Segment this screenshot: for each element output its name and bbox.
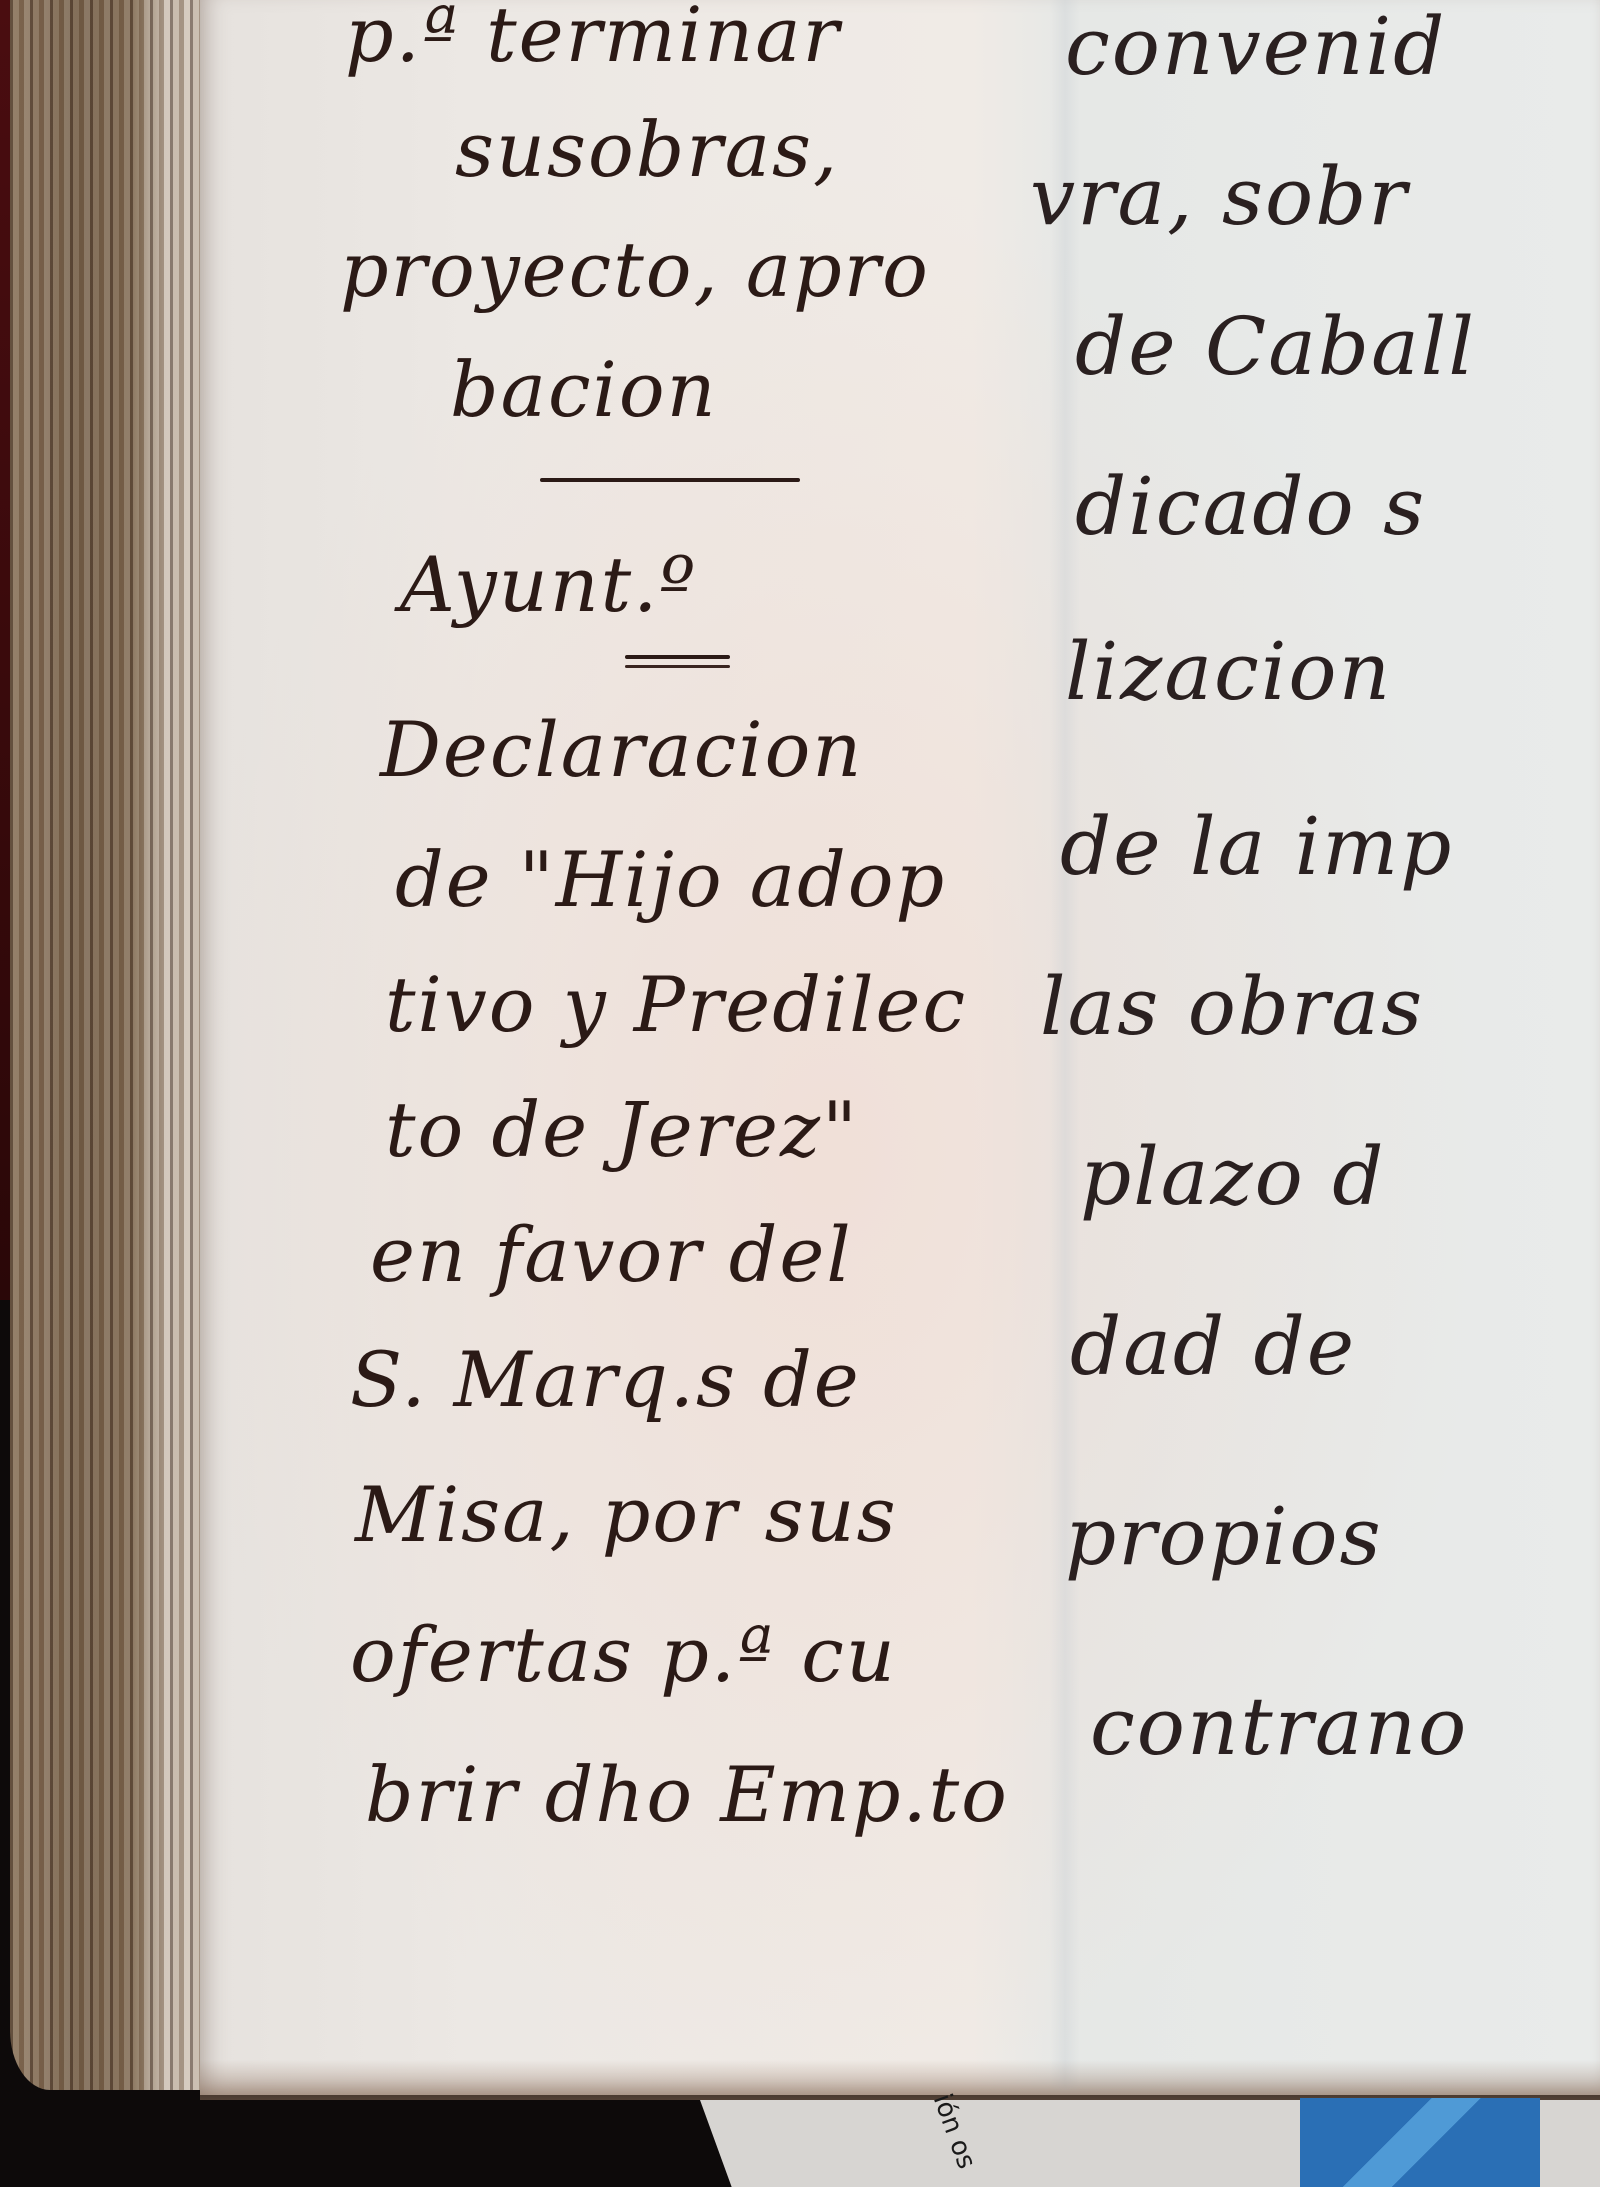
margin-note-line: en favor del: [370, 1210, 853, 1299]
main-text-line: de Caball: [1075, 300, 1476, 393]
main-text-line: plazo d: [1080, 1130, 1385, 1223]
book-page-edges: [10, 0, 230, 2090]
margin-note-line: tivo y Predilec: [385, 960, 967, 1049]
main-text-line: las obras: [1040, 960, 1424, 1053]
page-bottom-edge: [200, 2060, 1600, 2100]
margin-note-line: brir dho Emp.to: [365, 1750, 1009, 1839]
main-text-line: vra, sobr: [1030, 150, 1409, 243]
main-text-line: contrano: [1090, 1680, 1468, 1773]
margin-note-line: Declaracion: [380, 705, 863, 794]
background-blue-label: [1300, 2098, 1540, 2187]
margin-note-line: de "Hijo adop: [395, 835, 946, 924]
margin-note-line: bacion: [450, 345, 718, 434]
main-text-line: lizacion: [1065, 625, 1392, 718]
main-text-line: dicado s: [1075, 460, 1426, 553]
margin-note-line: proyecto, apro: [340, 225, 930, 314]
margin-note-line: S. Marq.s de: [350, 1335, 861, 1424]
margin-note-line: to de Jerez": [385, 1085, 859, 1174]
margin-note-line: susobras,: [455, 105, 839, 194]
heading-underline: [625, 655, 730, 659]
main-text-line: convenid: [1065, 0, 1446, 93]
margin-note-line: p.ª terminar: [345, 0, 841, 79]
main-text-line: propios: [1065, 1490, 1383, 1583]
margin-note-heading: Ayunt.º: [400, 540, 697, 629]
main-text-line: de la imp: [1060, 800, 1453, 893]
section-divider: [540, 478, 800, 482]
margin-note-line: ofertas p.ª cu: [350, 1610, 897, 1699]
main-text-line: dad de: [1070, 1300, 1356, 1393]
margin-note-line: Misa, por sus: [355, 1470, 898, 1559]
